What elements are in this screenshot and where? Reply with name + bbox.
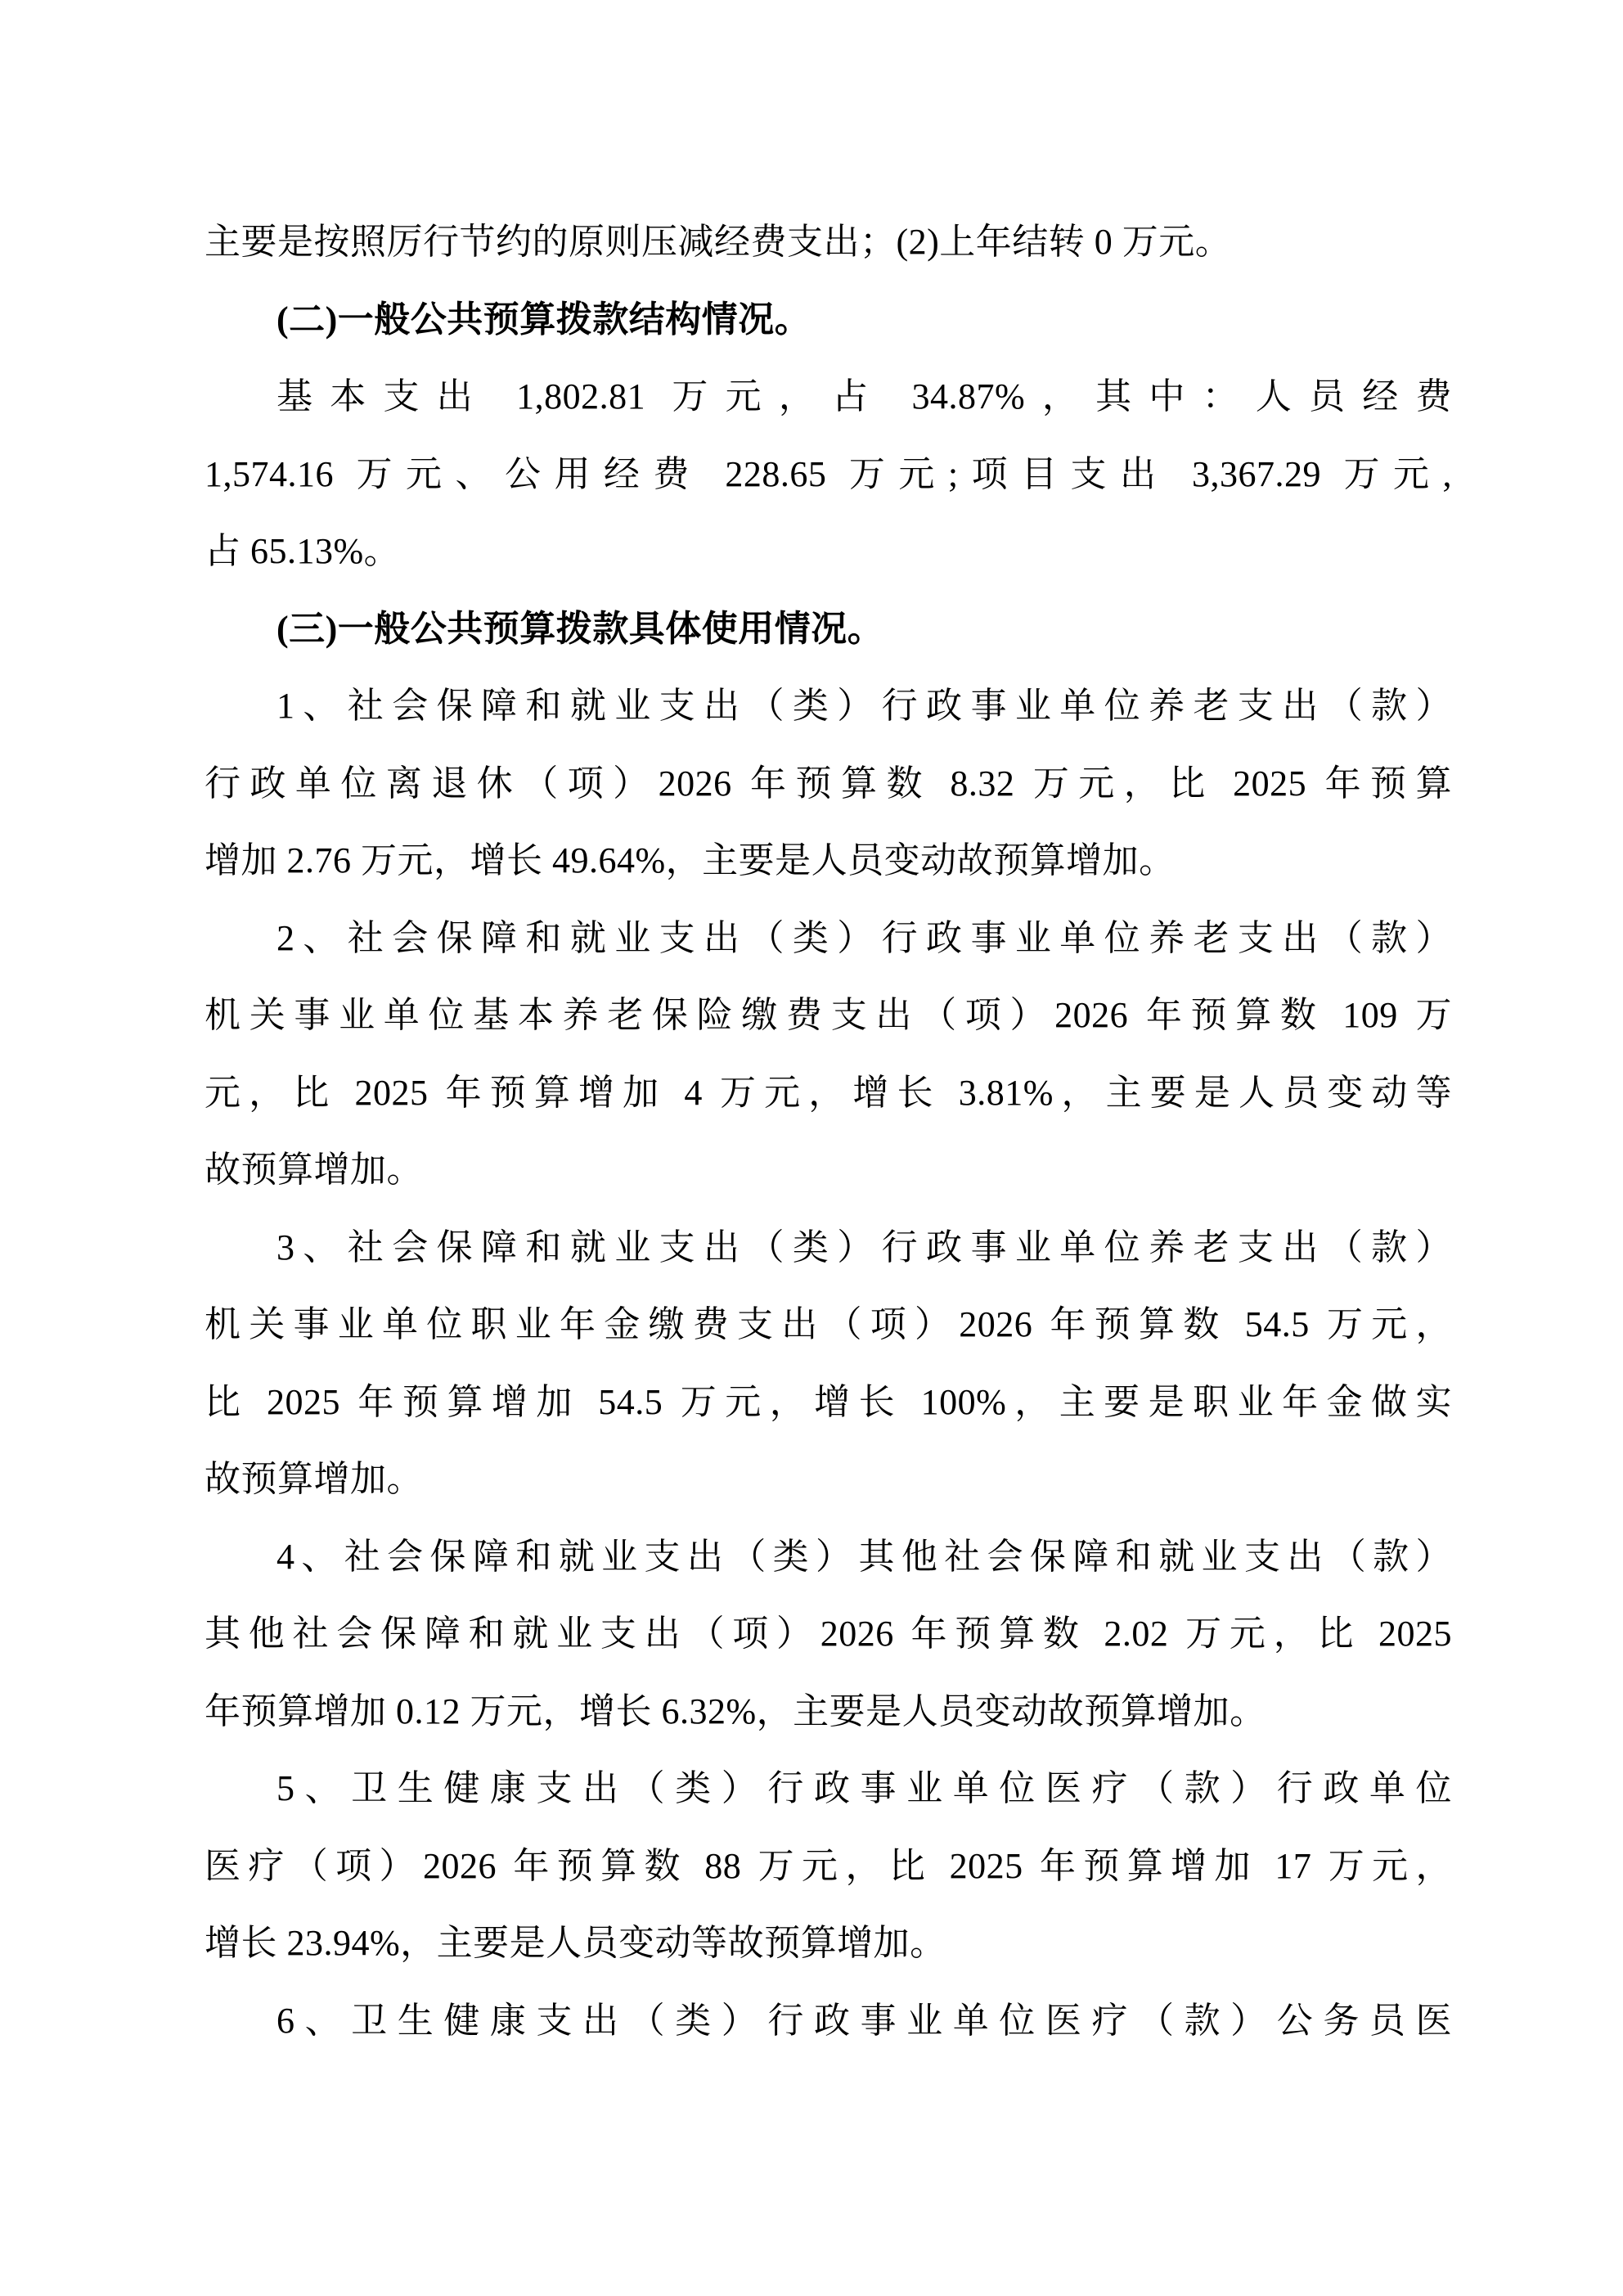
list-item-first-line: 4、社会保障和就业支出（类）其他社会保障和就业支出（款） (205, 1519, 1452, 1596)
text-line: 占 65.13%。 (205, 513, 1452, 591)
document-body: 主要是按照厉行节约的原则压减经费支出；(2)上年结转 0 万元。 (二)一般公共… (0, 0, 1623, 2060)
list-item-first-line: 1、社会保障和就业支出（类）行政事业单位养老支出（款） (205, 668, 1452, 745)
text-line: 机关事业单位职业年金缴费支出（项）2026 年预算数 54.5 万元， (205, 1286, 1452, 1364)
text-line: 增加 2.76 万元，增长 49.64%，主要是人员变动故预算增加。 (205, 822, 1452, 900)
text-line: 其他社会保障和就业支出（项）2026 年预算数 2.02 万元，比 2025 (205, 1596, 1452, 1673)
text-line: 行政单位离退休（项）2026 年预算数 8.32 万元，比 2025 年预算 (205, 745, 1452, 823)
list-item-first-line: 6、卫生健康支出（类）行政事业单位医疗（款）公务员医 (205, 1983, 1452, 2060)
text-line: 1,574.16 万元、公用经费 228.65 万元;项目支出 3,367.29… (205, 436, 1452, 514)
section-heading: (三)一般公共预算拨款具体使用情况。 (205, 591, 1452, 669)
list-item-first-line: 2、社会保障和就业支出（类）行政事业单位养老支出（款） (205, 900, 1452, 978)
text-line: 主要是按照厉行节约的原则压减经费支出；(2)上年结转 0 万元。 (205, 204, 1452, 281)
section-heading: (二)一般公共预算拨款结构情况。 (205, 281, 1452, 359)
text-line: 元，比 2025 年预算增加 4 万元，增长 3.81%，主要是人员变动等 (205, 1055, 1452, 1132)
text-line: 故预算增加。 (205, 1132, 1452, 1209)
document-page: 主要是按照厉行节约的原则压减经费支出；(2)上年结转 0 万元。 (二)一般公共… (0, 0, 1623, 2296)
list-item-first-line: 3、社会保障和就业支出（类）行政事业单位养老支出（款） (205, 1209, 1452, 1287)
text-line: 机关事业单位基本养老保险缴费支出（项）2026 年预算数 109 万 (205, 977, 1452, 1055)
text-line: 故预算增加。 (205, 1441, 1452, 1519)
text-line: 年预算增加 0.12 万元，增长 6.32%，主要是人员变动故预算增加。 (205, 1673, 1452, 1751)
text-line: 增长 23.94%，主要是人员变动等故预算增加。 (205, 1905, 1452, 1983)
text-line: 比 2025 年预算增加 54.5 万元，增长 100%，主要是职业年金做实 (205, 1364, 1452, 1442)
list-item-first-line: 5、卫生健康支出（类）行政事业单位医疗（款）行政单位 (205, 1750, 1452, 1828)
text-line: 医疗（项）2026 年预算数 88 万元，比 2025 年预算增加 17 万元， (205, 1828, 1452, 1906)
paragraph-first-line: 基本支出 1,802.81 万元，占 34.87%，其中：人员经费 (205, 358, 1452, 436)
